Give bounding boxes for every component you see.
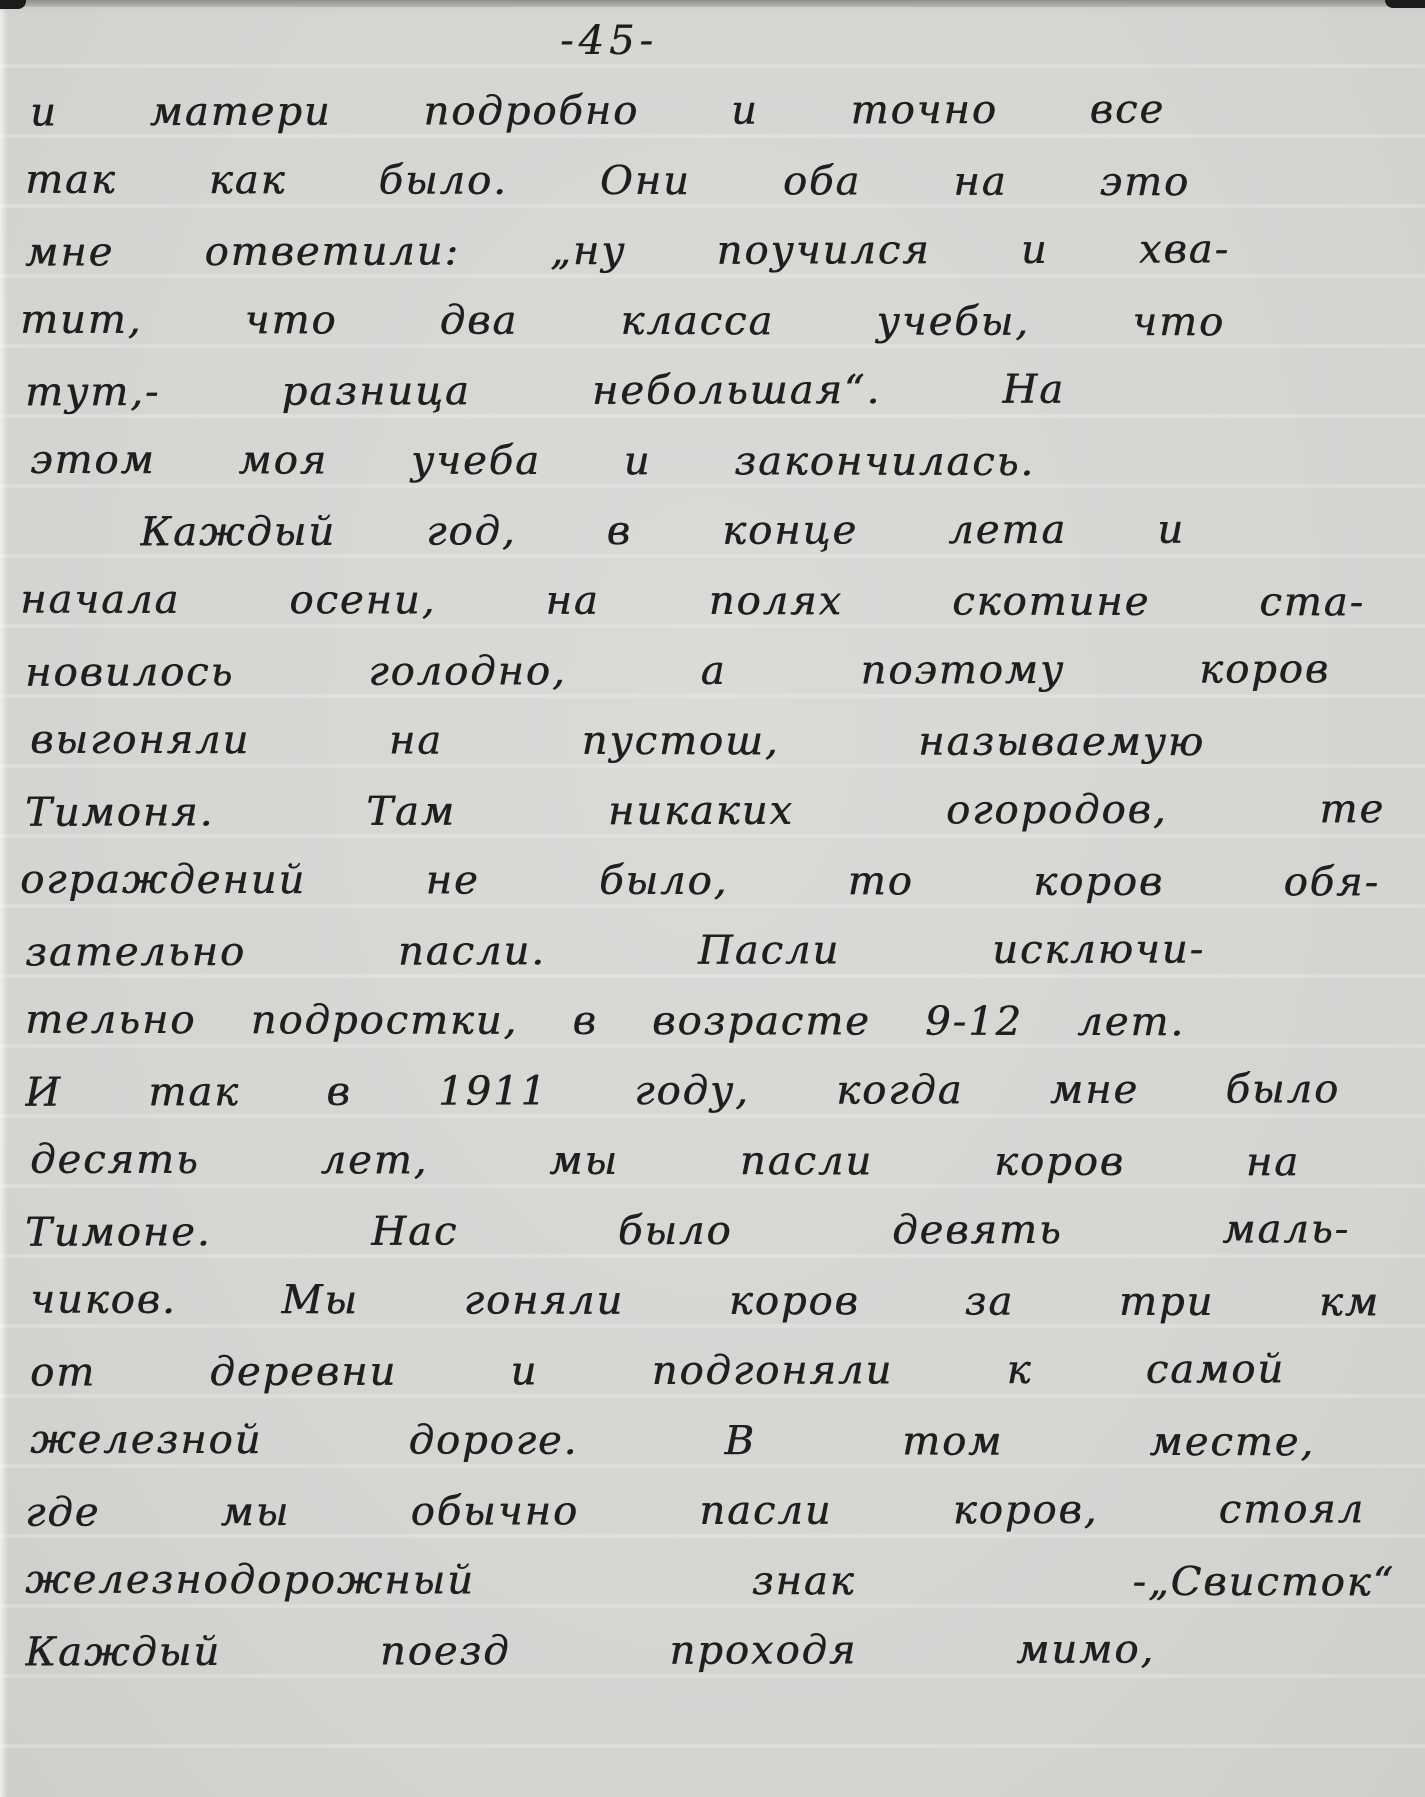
scan-corner-top-right — [1385, 0, 1425, 8]
manuscript-line: десять лет, мы пасли коров на — [30, 1125, 1300, 1198]
manuscript-line: тит, что два класса учебы, что — [20, 285, 1225, 358]
manuscript-line: ограждений не было, то коров обя- — [20, 845, 1380, 918]
manuscript-line: чиков. Мы гоняли коров за три км — [30, 1265, 1380, 1338]
manuscript-line: Каждый поезд проходя мимо, — [25, 1615, 1155, 1688]
manuscript-line: этом моя учеба и закончилась. — [30, 425, 1035, 497]
manuscript-line: и матери подробно и точно все — [30, 75, 1165, 148]
manuscript-line: тельно подростки, в возрасте 9-12 лет. — [25, 985, 1185, 1057]
manuscript-line: Каждый год, в конце лета и — [140, 495, 1185, 568]
manuscript-line: Тимоне. Нас было девять маль- — [25, 1194, 1350, 1267]
manuscript-line: начала осени, на полях скотине ста- — [20, 565, 1365, 638]
manuscript-line: Тимоня. Там никаких огородов, те — [25, 774, 1385, 848]
scan-edge-top — [0, 0, 1425, 7]
manuscript-line: железнодорожный знак -„Свисток“ — [25, 1545, 1395, 1618]
manuscript-line: И так в 1911 году, когда мне было — [25, 1054, 1340, 1127]
manuscript-line: мне ответили: „ну поучился и хва- — [25, 214, 1230, 287]
manuscript-line: так как было. Они оба на это — [25, 145, 1190, 217]
scan-corner-top-left — [0, 0, 26, 9]
page-number: -45- — [560, 18, 658, 64]
manuscript-line: новилось голодно, а поэтому коров — [25, 634, 1330, 707]
manuscript-line: выгоняли на пустош, называемую — [30, 705, 1205, 777]
manuscript-text: и матери подробно и точно все так как бы… — [0, 76, 1425, 1686]
manuscript-line: где мы обычно пасли коров, стоял — [25, 1474, 1365, 1548]
manuscript-line: от деревни и подгоняли к самой — [30, 1334, 1285, 1407]
manuscript-line: железной дороге. В том месте, — [30, 1405, 1315, 1478]
manuscript-line: тут,- разница небольшая“. На — [25, 355, 1065, 428]
manuscript-line: зательно пасли. Пасли исключи- — [25, 914, 1205, 987]
scanned-page: -45- и матери подробно и точно все так к… — [0, 0, 1425, 1797]
